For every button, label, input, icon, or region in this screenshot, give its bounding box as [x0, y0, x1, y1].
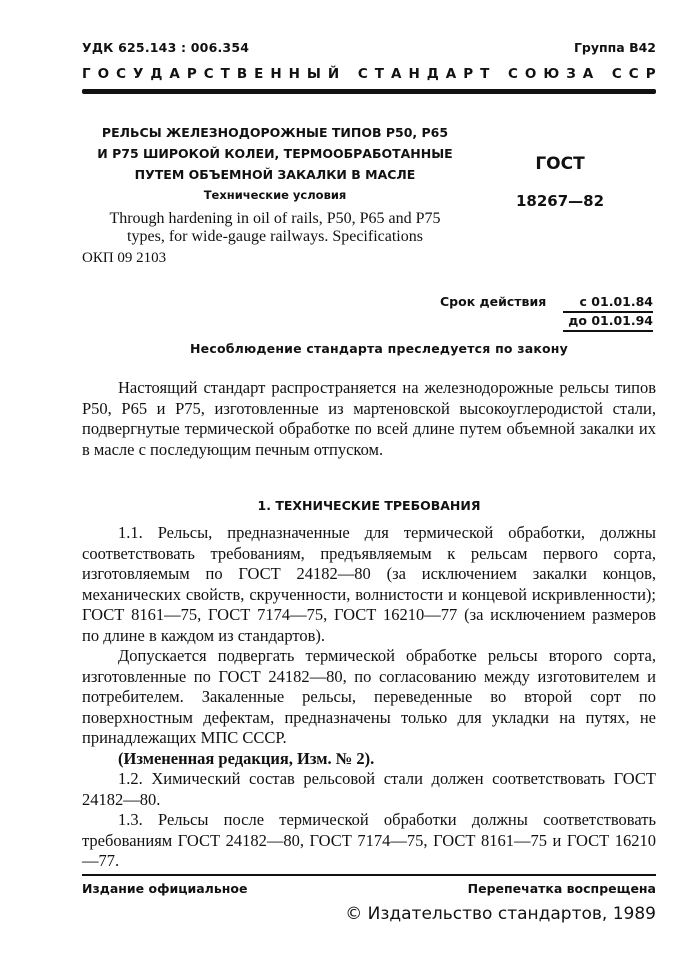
footer-rule	[82, 874, 656, 876]
banner-letter: С	[629, 66, 639, 82]
banner-letter: А	[583, 66, 593, 82]
gost-label: ГОСТ	[500, 154, 620, 174]
english-title: Through hardening in oil of rails, P50, …	[84, 210, 466, 246]
banner-letter	[600, 66, 605, 82]
banner-letter: Н	[408, 66, 419, 82]
clause-1-3: 1.3. Рельсы после термической обработки …	[82, 810, 656, 872]
banner-letter: О	[525, 66, 536, 82]
banner-letter: С	[116, 66, 126, 82]
udk-code: УДК 625.143 : 006.354	[82, 40, 249, 55]
banner-letter: О	[98, 66, 109, 82]
intro-paragraph: Настоящий стандарт распространяется на ж…	[82, 378, 656, 460]
banner-letter: С	[508, 66, 518, 82]
banner-letter: Ы	[307, 66, 321, 82]
edition-note: Издание официальное	[82, 881, 247, 896]
banner-letter: Г	[82, 66, 91, 82]
clause-1-1: 1.1. Рельсы, предназначенные для термиче…	[82, 523, 656, 646]
okp-code: ОКП 09 2103	[82, 250, 166, 267]
banner-letter: С	[612, 66, 622, 82]
banner-letter: З	[566, 66, 576, 82]
header-rule	[82, 89, 656, 94]
english-title-line: types, for wide-gauge railways. Specific…	[84, 228, 466, 246]
validity-from: с 01.01.84	[563, 294, 653, 313]
clause-1-2: 1.2. Химический состав рельсовой стали д…	[82, 769, 656, 810]
banner-letter: Р	[187, 66, 197, 82]
validity-to: до 01.01.94	[563, 313, 653, 332]
banner-letter: Т	[221, 66, 230, 82]
section-heading: 1. ТЕХНИЧЕСКИЕ ТРЕБОВАНИЯ	[82, 498, 656, 513]
banner-letter: С	[358, 66, 368, 82]
title-line: ПУТЕМ ОБЪЕМНОЙ ЗАКАЛКИ В МАСЛЕ	[90, 164, 460, 185]
banner-letter: А	[391, 66, 401, 82]
validity-dates: с 01.01.84 до 01.01.94	[563, 294, 653, 332]
title-line: И Р75 ШИРОКОЙ КОЛЕИ, ТЕРМООБРАБОТАННЫЕ	[90, 143, 460, 164]
banner-letter: С	[204, 66, 214, 82]
banner-letter: В	[237, 66, 247, 82]
group-code: Группа В42	[574, 40, 656, 55]
english-title-line: Through hardening in oil of rails, P50, …	[84, 210, 466, 228]
banner-letter	[496, 66, 501, 82]
banner-letter: Д	[150, 66, 162, 82]
banner-letter: А	[446, 66, 456, 82]
banner-letter: Н	[289, 66, 300, 82]
gost-number: 18267—82	[500, 192, 620, 210]
banner-letter: Р	[463, 66, 473, 82]
banner-letter: Н	[270, 66, 281, 82]
law-notice: Несоблюдение стандарта преследуется по з…	[190, 341, 568, 356]
banner-letter: Р	[646, 66, 656, 82]
banner-letter: Т	[375, 66, 384, 82]
title-line: РЕЛЬСЫ ЖЕЛЕЗНОДОРОЖНЫЕ ТИПОВ Р50, Р65	[90, 122, 460, 143]
copyright: © Издательство стандартов, 1989	[345, 904, 656, 924]
banner-letter: Т	[480, 66, 489, 82]
validity-label: Срок действия	[440, 294, 546, 309]
banner-letter: Й	[328, 66, 339, 82]
amendment-note: (Измененная редакция, Изм. № 2).	[82, 749, 656, 770]
banner-letter: Е	[254, 66, 263, 82]
document-title: РЕЛЬСЫ ЖЕЛЕЗНОДОРОЖНЫЕ ТИПОВ Р50, Р65 И …	[90, 122, 460, 185]
reprint-notice: Перепечатка воспрещена	[468, 881, 656, 896]
banner-letter: У	[133, 66, 143, 82]
state-standard-banner: ГОСУДАРСТВЕННЫЙ СТАНДАРТ СОЮЗА ССР	[82, 66, 656, 82]
clause-1-1-note: Допускается подвергать термической обраб…	[82, 646, 656, 749]
intro-text: Настоящий стандарт распространяется на ж…	[82, 378, 656, 460]
banner-letter: Ю	[543, 66, 559, 82]
section-body: 1.1. Рельсы, предназначенные для термиче…	[82, 523, 656, 872]
banner-letter: А	[169, 66, 179, 82]
banner-letter	[346, 66, 351, 82]
document-subtitle: Технические условия	[90, 188, 460, 202]
banner-letter: Д	[427, 66, 439, 82]
